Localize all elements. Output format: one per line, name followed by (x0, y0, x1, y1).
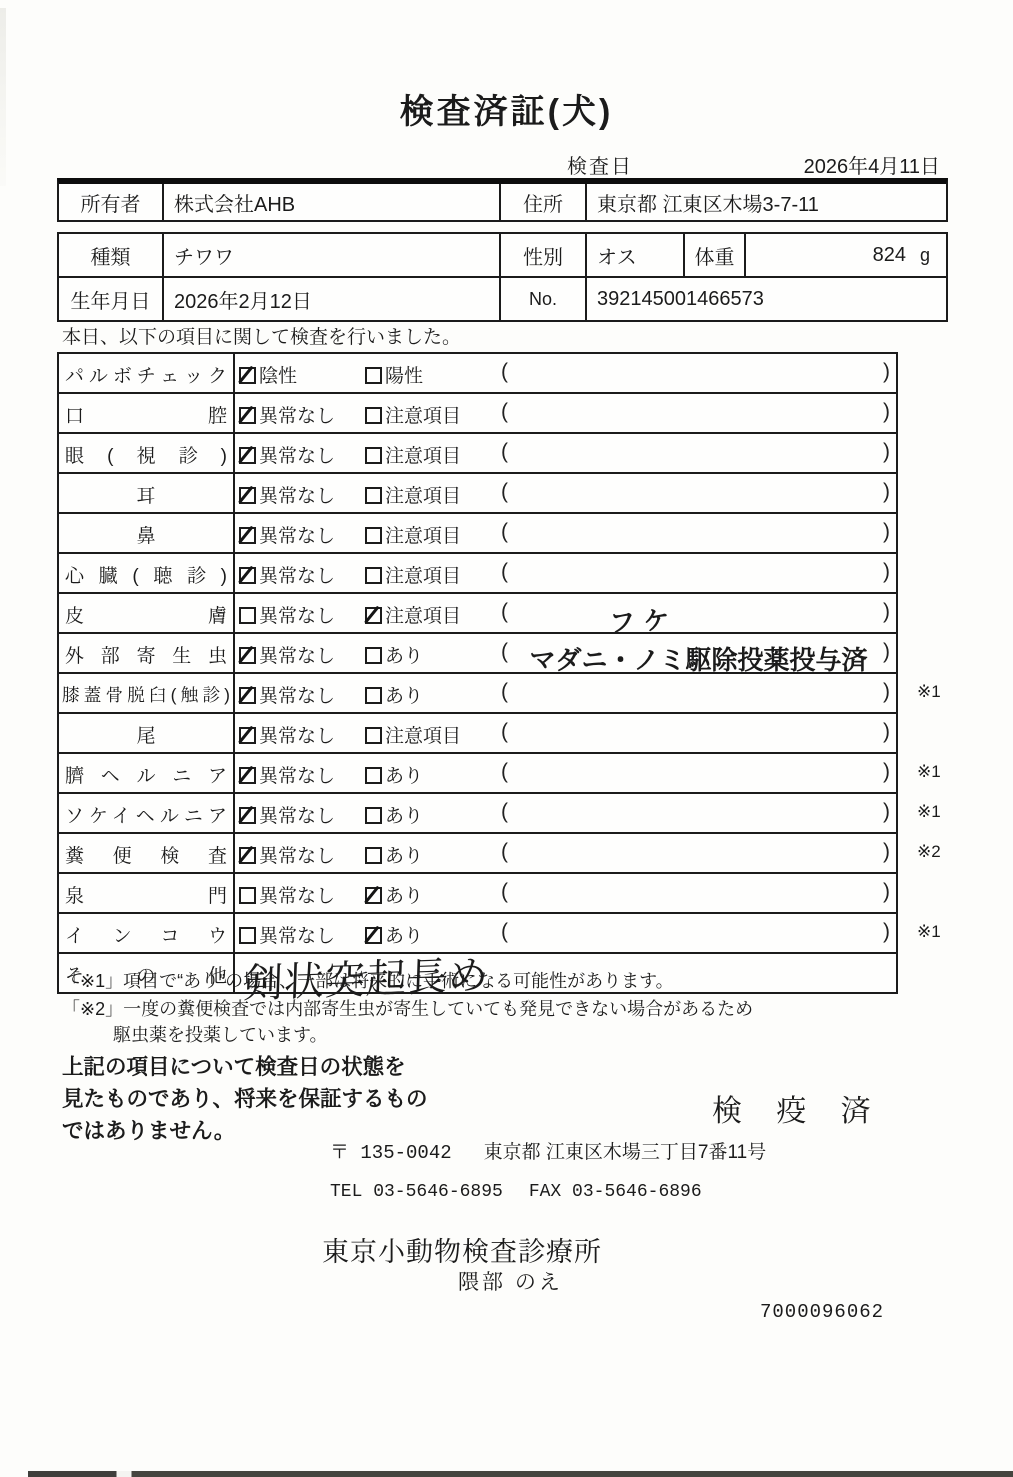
option-label: 異常なし (259, 646, 335, 667)
option-label: あり (385, 926, 423, 947)
paren-close: ) (883, 920, 890, 944)
weight-value: 824 (873, 244, 906, 267)
paren-close: ) (883, 760, 890, 784)
exam-option: あり (365, 681, 423, 708)
pet-row-1: 種類 チワワ 性別 オス 体重 824 g (59, 234, 946, 276)
exam-option: あり (365, 841, 423, 868)
option-label: あり (385, 646, 423, 667)
paren-open: ( (501, 720, 508, 744)
option-label: 異常なし (259, 406, 335, 427)
sex-label: 性別 (501, 234, 587, 276)
paren-open: ( (501, 480, 508, 504)
paren-open: ( (501, 560, 508, 584)
option-label: 注意項目 (385, 726, 461, 747)
exam-item-label: 外部寄生虫 (59, 634, 235, 672)
option-label: 注意項目 (385, 446, 461, 467)
exam-option: あり (365, 801, 423, 828)
unchecked-checkbox-icon (365, 527, 382, 544)
exam-row: 糞便検査異常なしあり()※2 (59, 832, 896, 872)
page-title: 検査済証(犬) (0, 84, 1013, 133)
option-label: 異常なし (259, 846, 335, 867)
exam-row-content: 異常なしあり() (235, 834, 896, 872)
exam-row: 口腔異常なし注意項目() (59, 392, 896, 432)
exam-row: 尾異常なし注意項目() (59, 712, 896, 752)
paren-open: ( (501, 640, 508, 664)
exam-item-label: 泉門 (59, 874, 235, 912)
unchecked-checkbox-icon (239, 887, 256, 904)
option-label: 異常なし (259, 486, 335, 507)
option-label: 注意項目 (385, 486, 461, 507)
paren-close: ) (883, 600, 890, 624)
option-label: あり (385, 686, 423, 707)
unchecked-checkbox-icon (365, 407, 382, 424)
checked-checkbox-icon (239, 807, 256, 824)
paren-open: ( (501, 880, 508, 904)
weight-label: 体重 (685, 234, 746, 276)
option-label: 異常なし (259, 806, 335, 827)
exam-item-label: 眼(視診) (59, 434, 235, 472)
checked-checkbox-icon (239, 767, 256, 784)
weight-cell: 824 g (746, 234, 946, 276)
unchecked-checkbox-icon (365, 447, 382, 464)
exam-row: 眼(視診)異常なし注意項目() (59, 432, 896, 472)
paren-open: ( (501, 360, 508, 384)
exam-row: 膝蓋骨脱臼(触診)異常なしあり()※1 (59, 672, 896, 712)
option-label: 陰性 (259, 366, 297, 387)
exam-row-content: 異常なしあり() (235, 754, 896, 792)
exam-row-content: 陰性陽性() (235, 354, 896, 392)
unchecked-checkbox-icon (365, 767, 382, 784)
exam-option: 異常なし (239, 401, 335, 428)
paren-open: ( (501, 600, 508, 624)
paren-close: ) (883, 880, 890, 904)
footnote-mark: ※2 (917, 842, 941, 862)
intro-sentence: 本日、以下の項目に関して検査を行いました。 (62, 322, 461, 349)
exam-item-label: 心臓(聴診) (59, 554, 235, 592)
option-label: 注意項目 (385, 606, 461, 627)
paren-open: ( (501, 760, 508, 784)
option-label: 陽性 (385, 366, 423, 387)
paren-open: ( (501, 520, 508, 544)
option-label: 異常なし (259, 686, 335, 707)
checked-checkbox-icon (365, 927, 382, 944)
exam-option: 注意項目 (365, 401, 461, 428)
exam-row: ソケイヘルニア異常なしあり()※1 (59, 792, 896, 832)
exam-option: 異常なし (239, 521, 335, 548)
exam-option: 異常なし (239, 921, 335, 948)
paren-close: ) (883, 400, 890, 424)
unchecked-checkbox-icon (365, 487, 382, 504)
exam-item-label: 耳 (59, 474, 235, 512)
clinic-name: 東京小動物検査診療所 (322, 1230, 602, 1269)
unchecked-checkbox-icon (365, 727, 382, 744)
checked-checkbox-icon (239, 487, 256, 504)
examiner-name: 隈部 のえ (458, 1266, 563, 1296)
fax-number: FAX 03-5646-6896 (529, 1182, 702, 1202)
owner-name: 株式会社AHB (164, 184, 501, 220)
disclaimer-line-1: 上記の項目について検査日の状態を (62, 1051, 428, 1083)
footnote-mark: ※1 (917, 682, 941, 702)
disclaimer-text: 上記の項目について検査日の状態を 見たものであり、将来を保証するもの ではありま… (62, 1051, 428, 1147)
clinic-postal-line: 〒 135-0042 東京都 江東区木場三丁目7番11号 (330, 1137, 766, 1164)
exam-row-content: 異常なし注意項目() (235, 474, 896, 512)
option-label: 異常なし (259, 766, 335, 787)
exam-option: あり (365, 641, 423, 668)
footnote-mark: ※1 (917, 802, 941, 822)
owner-address: 東京都 江東区木場3-7-11 (587, 184, 946, 220)
unchecked-checkbox-icon (239, 607, 256, 624)
exam-row: パルボチェック陰性陽性() (59, 354, 896, 392)
paren-open: ( (501, 400, 508, 424)
pet-table: 種類 チワワ 性別 オス 体重 824 g 生年月日 2026年2月12日 No… (57, 232, 948, 322)
quarantine-passed-stamp: 検 疫 済 (712, 1086, 884, 1130)
option-label: 異常なし (259, 526, 335, 547)
clinic-address: 東京都 江東区木場三丁目7番11号 (484, 1137, 767, 1164)
paren-open: ( (501, 840, 508, 864)
checklist-table: パルボチェック陰性陽性()口腔異常なし注意項目()眼(視診)異常なし注意項目()… (57, 352, 898, 994)
paren-open: ( (501, 920, 508, 944)
postal-code: 〒 135-0042 (330, 1137, 452, 1164)
checked-checkbox-icon (239, 367, 256, 384)
footnote-mark: ※1 (917, 762, 941, 782)
checked-checkbox-icon (239, 647, 256, 664)
number-value: 392145001466573 (587, 278, 946, 320)
owner-label: 所有者 (59, 184, 164, 220)
breed-value: チワワ (164, 234, 501, 276)
exam-option: 陰性 (239, 361, 297, 388)
paren-close: ) (883, 480, 890, 504)
exam-item-label: 鼻 (59, 514, 235, 552)
exam-option: 異常なし (239, 441, 335, 468)
address-label: 住所 (501, 184, 587, 220)
option-label: 異常なし (259, 446, 335, 467)
footnote-mark: ※1 (917, 922, 941, 942)
exam-row-content: 異常なし注意項目() (235, 434, 896, 472)
exam-row-content: 異常なしあり() (235, 914, 896, 952)
checked-checkbox-icon (365, 607, 382, 624)
exam-row-content: 異常なしあり() (235, 874, 896, 912)
exam-option: 異常なし (239, 801, 335, 828)
paren-close: ) (883, 520, 890, 544)
exam-option: 陽性 (365, 361, 423, 388)
paren-close: ) (883, 800, 890, 824)
option-label: 異常なし (259, 606, 335, 627)
exam-row: 臍ヘルニア異常なしあり()※1 (59, 752, 896, 792)
exam-row-content: 異常なし注意項目() (235, 394, 896, 432)
exam-item-label: 臍ヘルニア (59, 754, 235, 792)
exam-row: 鼻異常なし注意項目() (59, 512, 896, 552)
pet-row-2: 生年月日 2026年2月12日 No. 392145001466573 (59, 276, 946, 320)
exam-item-label: 尾 (59, 714, 235, 752)
scanned-certificate-page: 検査済証(犬) 検査日 2026年4月11日 所有者 株式会社AHB 住所 東京… (0, 0, 1013, 1477)
option-label: 注意項目 (385, 526, 461, 547)
checked-checkbox-icon (239, 567, 256, 584)
exam-row-content: 異常なしあり(マダニ・ノミ駆除投薬投与済) (235, 634, 896, 672)
breed-label: 種類 (59, 234, 164, 276)
document-code: 7000096062 (760, 1301, 884, 1323)
paren-open: ( (501, 680, 508, 704)
unchecked-checkbox-icon (365, 647, 382, 664)
option-label: 注意項目 (385, 406, 461, 427)
exam-row-content: 異常なしあり() (235, 794, 896, 832)
tel-number: TEL 03-5646-6895 (330, 1182, 503, 1202)
exam-option: 注意項目 (365, 601, 461, 628)
inspection-date-value: 2026年4月11日 (770, 150, 940, 179)
checked-checkbox-icon (239, 727, 256, 744)
paren-close: ) (883, 680, 890, 704)
exam-row: 心臓(聴診)異常なし注意項目() (59, 552, 896, 592)
exam-row-content: 異常なし注意項目() (235, 714, 896, 752)
exam-option: あり (365, 761, 423, 788)
footnote-2-continued: 駆虫薬を投薬しています。 (113, 1021, 328, 1047)
option-label: 異常なし (259, 726, 335, 747)
unchecked-checkbox-icon (365, 847, 382, 864)
exam-option: あり (365, 881, 423, 908)
option-label: 異常なし (259, 926, 335, 947)
number-label: No. (501, 278, 587, 320)
paren-close: ) (883, 360, 890, 384)
paren-close: ) (883, 640, 890, 664)
exam-option: 注意項目 (365, 561, 461, 588)
paren-open: ( (501, 440, 508, 464)
checked-checkbox-icon (365, 887, 382, 904)
exam-option: 異常なし (239, 481, 335, 508)
exam-option: 注意項目 (365, 481, 461, 508)
exam-option: 異常なし (239, 681, 335, 708)
paren-open: ( (501, 800, 508, 824)
exam-option: 異常なし (239, 721, 335, 748)
exam-option: あり (365, 921, 423, 948)
exam-option: 異常なし (239, 841, 335, 868)
handwritten-other-note: 剣状突起長め (242, 944, 490, 1010)
exam-item-label: パルボチェック (59, 354, 235, 392)
owner-row: 所有者 株式会社AHB 住所 東京都 江東区木場3-7-11 (59, 184, 946, 220)
exam-option: 異常なし (239, 761, 335, 788)
exam-item-label: 膝蓋骨脱臼(触診) (59, 674, 235, 712)
checked-checkbox-icon (239, 447, 256, 464)
owner-table: 所有者 株式会社AHB 住所 東京都 江東区木場3-7-11 (57, 178, 948, 222)
exam-row-content: 異常なしあり() (235, 674, 896, 712)
paren-close: ) (883, 720, 890, 744)
unchecked-checkbox-icon (365, 367, 382, 384)
unchecked-checkbox-icon (365, 807, 382, 824)
exam-option: 異常なし (239, 881, 335, 908)
option-label: あり (385, 886, 423, 907)
birthdate-value: 2026年2月12日 (164, 278, 501, 320)
exam-option: 異常なし (239, 561, 335, 588)
paren-close: ) (883, 840, 890, 864)
option-label: 注意項目 (385, 566, 461, 587)
exam-option: 異常なし (239, 641, 335, 668)
scan-bottom-edge-artifact (28, 1471, 1013, 1477)
unchecked-checkbox-icon (365, 687, 382, 704)
exam-row: 泉門異常なしあり() (59, 872, 896, 912)
option-label: 異常なし (259, 566, 335, 587)
checked-checkbox-icon (239, 527, 256, 544)
exam-item-label: ソケイヘルニア (59, 794, 235, 832)
exam-option: 注意項目 (365, 521, 461, 548)
exam-row-content: 異常なし注意項目(フケ) (235, 594, 896, 632)
exam-option: 異常なし (239, 601, 335, 628)
exam-item-label: 口腔 (59, 394, 235, 432)
exam-row: 耳異常なし注意項目() (59, 472, 896, 512)
checked-checkbox-icon (239, 407, 256, 424)
option-label: あり (385, 846, 423, 867)
paren-close: ) (883, 560, 890, 584)
option-label: あり (385, 806, 423, 827)
unchecked-checkbox-icon (239, 927, 256, 944)
exam-option: 注意項目 (365, 441, 461, 468)
exam-item-label: 糞便検査 (59, 834, 235, 872)
exam-item-label: インコウ (59, 914, 235, 952)
option-label: あり (385, 766, 423, 787)
exam-row: 外部寄生虫異常なしあり(マダニ・ノミ駆除投薬投与済) (59, 632, 896, 672)
exam-option: 注意項目 (365, 721, 461, 748)
checked-checkbox-icon (239, 687, 256, 704)
birthdate-label: 生年月日 (59, 278, 164, 320)
disclaimer-line-2: 見たものであり、将来を保証するもの (62, 1083, 428, 1115)
checked-checkbox-icon (239, 847, 256, 864)
option-label: 異常なし (259, 886, 335, 907)
exam-item-label: 皮膚 (59, 594, 235, 632)
sex-value: オス (587, 234, 685, 276)
inspection-date-label: 検査日 (567, 150, 633, 179)
exam-row: 皮膚異常なし注意項目(フケ) (59, 592, 896, 632)
unchecked-checkbox-icon (365, 567, 382, 584)
exam-row-content: 異常なし注意項目() (235, 554, 896, 592)
paren-close: ) (883, 440, 890, 464)
clinic-tel-line: TEL 03-5646-6895 FAX 03-5646-6896 (330, 1182, 702, 1202)
exam-row-content: 異常なし注意項目() (235, 514, 896, 552)
weight-unit: g (920, 245, 930, 266)
